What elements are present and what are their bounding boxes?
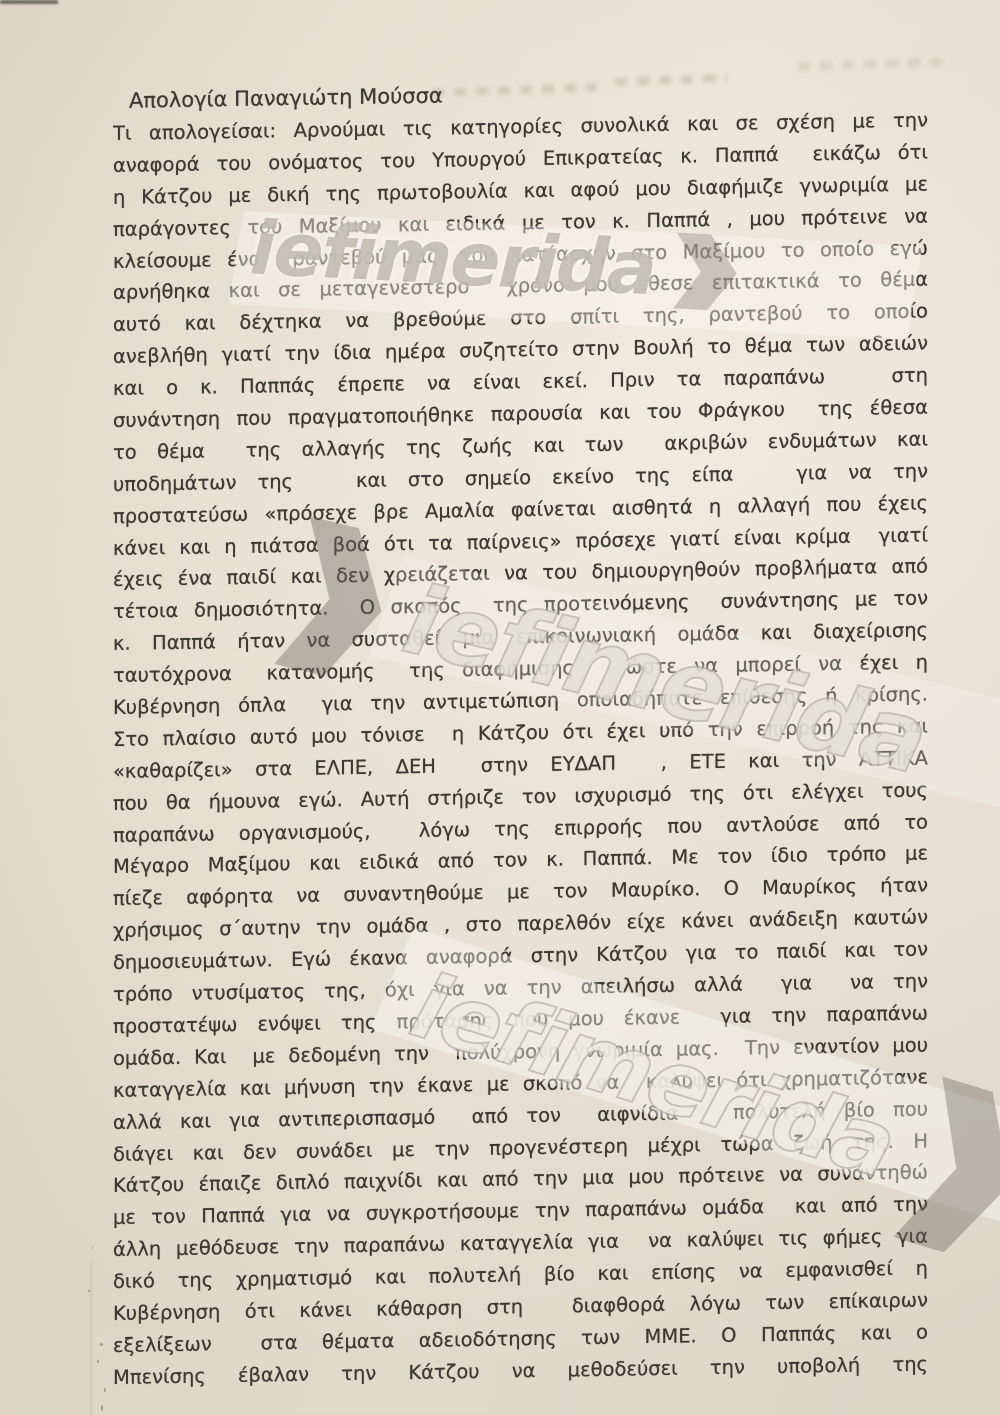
paper-speck [101, 1405, 103, 1411]
paper-speck [92, 1247, 93, 1249]
document-page: Απολογία Παναγιώτη Μούσσα Τι απολογείσαι… [113, 70, 928, 1393]
paper-speck [97, 1360, 99, 1363]
paper-speck [104, 1388, 106, 1392]
paper-crease [90, 1262, 92, 1415]
paper-speck [100, 1343, 103, 1346]
photo-edge-shadow [0, 0, 58, 4]
paper-speck [88, 1290, 90, 1292]
show-through-text-smudge [798, 57, 948, 70]
document-body: Τι απολογείσαι: Αρνούμαι τις κατηγορίες … [113, 104, 928, 1393]
photographed-page: { "colors": { "paper": "#e9e2d1", "ink":… [0, 0, 1000, 1415]
